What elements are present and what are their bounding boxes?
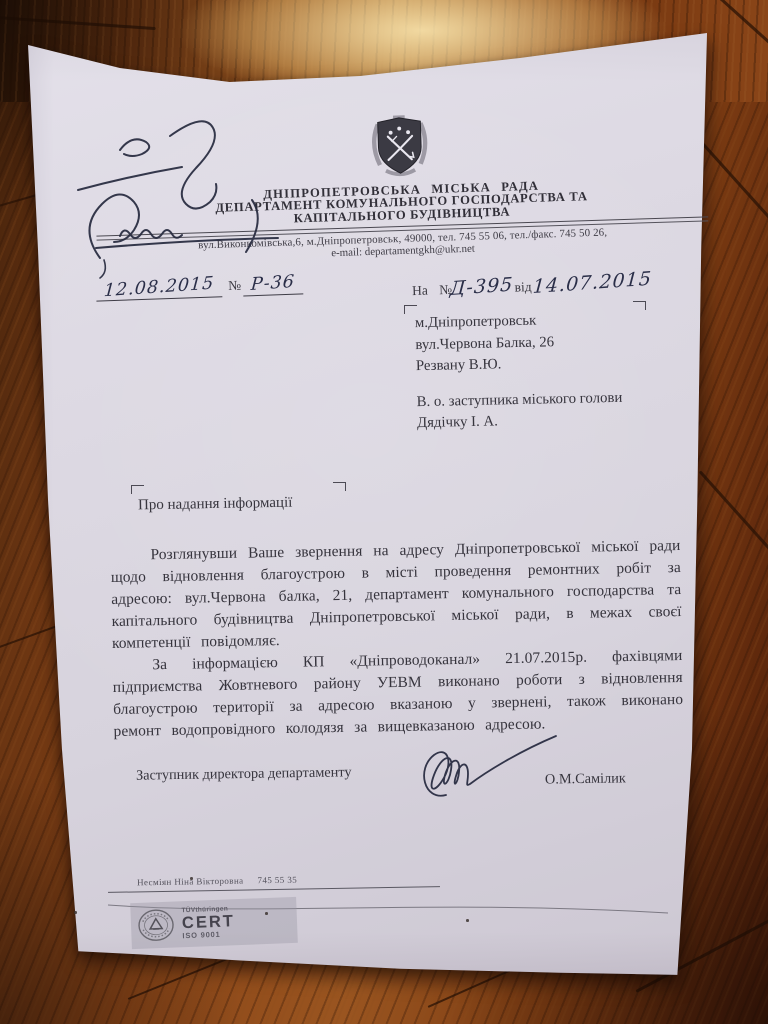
incoming-number-handwritten: Д-395 xyxy=(449,273,514,299)
paper-speck xyxy=(265,912,268,915)
recipient-official-name: Дядічку І. А. xyxy=(417,409,623,435)
address-window-corner-mark xyxy=(131,485,144,494)
signer-position: Заступник директора департаменту xyxy=(136,764,352,784)
address-window-corner-mark xyxy=(333,482,346,491)
iso-cert-stamp: TÜVthüringen CERT ISO 9001 xyxy=(130,897,298,949)
paper-speck xyxy=(74,911,77,914)
letter-body: Розглянувши Ваше звернення на адресу Дні… xyxy=(110,535,683,743)
resolution-signature-ink xyxy=(60,100,300,280)
executor-line: Несміян Ніна Вікторовна745 55 35 xyxy=(137,875,297,888)
incoming-label: На № xyxy=(412,282,452,298)
incoming-date-handwritten: 14.07.2015 xyxy=(532,268,653,298)
tuv-oval-logo-icon xyxy=(136,908,175,943)
paper-speck xyxy=(466,919,469,922)
incoming-reference: На №Д-395 від 14.07.2015 xyxy=(412,270,650,300)
recipient-official-title: В. о. заступника міського голови xyxy=(416,387,622,413)
city-coat-of-arms-icon xyxy=(364,113,436,179)
executor-phone: 745 55 35 xyxy=(257,875,297,886)
photo-of-letter-on-floor: ДНІПРОПЕТРОВСЬКА МІСЬКА РАДА ДЕПАРТАМЕНТ… xyxy=(0,0,768,1024)
stamp-iso: ISO 9001 xyxy=(182,930,235,940)
from-label: від xyxy=(514,279,532,295)
recipient-block: м.Дніпропетровськ вул.Червона Балка, 26 … xyxy=(415,309,623,435)
stamp-text: TÜVthüringen CERT ISO 9001 xyxy=(181,906,235,940)
body-paragraph-1: Розглянувши Ваше звернення на адресу Дні… xyxy=(110,535,682,655)
director-signature-ink xyxy=(410,738,610,810)
footer-rule xyxy=(108,886,440,893)
body-paragraph-2: За інформацією КП «Дніпроводоканал» 21.0… xyxy=(112,645,683,743)
address-window-corner-mark xyxy=(633,301,646,310)
letter-content: ДНІПРОПЕТРОВСЬКА МІСЬКА РАДА ДЕПАРТАМЕНТ… xyxy=(0,0,768,1024)
paper-speck xyxy=(190,877,193,880)
recipient-person: Резвану В.Ю. xyxy=(416,352,622,378)
subject-line: Про надання інформації xyxy=(138,495,293,515)
